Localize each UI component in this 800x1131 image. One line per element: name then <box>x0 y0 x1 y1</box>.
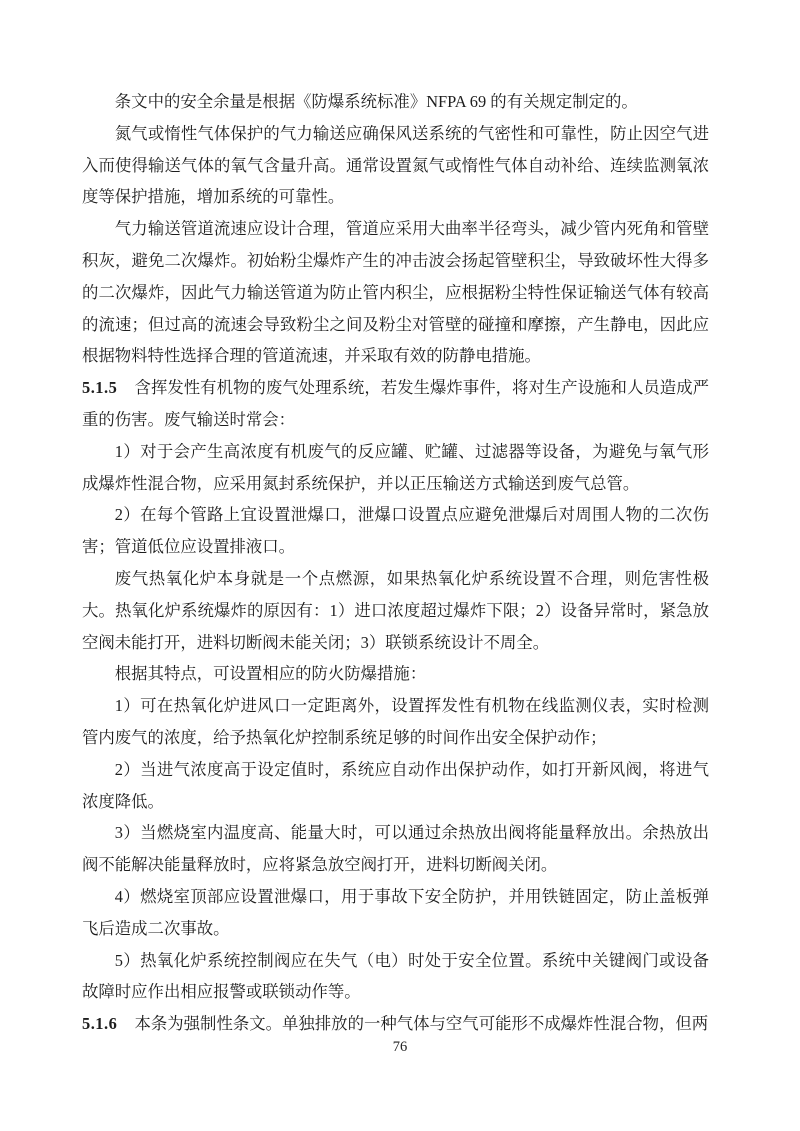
document-paragraph: 根据其特点，可设置相应的防火防爆措施： <box>82 658 709 690</box>
clause-paragraph-5-1-5: 5.1.5含挥发性有机物的废气处理系统，若发生爆炸事件，将对生产设施和人员造成严… <box>82 372 709 436</box>
document-paragraph: 废气热氧化炉本身就是一个点燃源，如果热氧化炉系统设置不合理，则危害性极大。热氧化… <box>82 563 709 658</box>
document-paragraph: 1）对于会产生高浓度有机废气的反应罐、贮罐、过滤器等设备，为避免与氧气形成爆炸性… <box>82 436 709 500</box>
document-page: 条文中的安全余量是根据《防爆系统标准》NFPA 69 的有关规定制定的。 氮气或… <box>0 0 800 1131</box>
document-paragraph: 3）当燃烧室内温度高、能量大时，可以通过余热放出阀将能量释放出。余热放出阀不能解… <box>82 817 709 881</box>
document-body: 条文中的安全余量是根据《防爆系统标准》NFPA 69 的有关规定制定的。 氮气或… <box>82 86 709 1040</box>
clause-number: 5.1.6 <box>82 1014 135 1033</box>
clause-paragraph-5-1-6: 5.1.6本条为强制性条文。单独排放的一种气体与空气可能形不成爆炸性混合物，但两 <box>82 1008 709 1040</box>
clause-text: 含挥发性有机物的废气处理系统，若发生爆炸事件，将对生产设施和人员造成严重的伤害。… <box>82 378 709 429</box>
document-paragraph: 条文中的安全余量是根据《防爆系统标准》NFPA 69 的有关规定制定的。 <box>82 86 709 118</box>
document-paragraph: 1）可在热氧化炉进风口一定距离外，设置挥发性有机物在线监测仪表，实时检测管内废气… <box>82 690 709 754</box>
document-paragraph: 2）当进气浓度高于设定值时，系统应自动作出保护动作，如打开新风阀，将进气浓度降低… <box>82 754 709 818</box>
document-paragraph: 氮气或惰性气体保护的气力输送应确保风送系统的气密性和可靠性，防止因空气进入而使得… <box>82 118 709 213</box>
document-paragraph: 气力输送管道流速应设计合理，管道应采用大曲率半径弯头，减少管内死角和管壁积灰，避… <box>82 213 709 372</box>
document-paragraph: 4）燃烧室顶部应设置泄爆口，用于事故下安全防护，并用铁链固定，防止盖板弹飞后造成… <box>82 881 709 945</box>
document-paragraph: 2）在每个管路上宜设置泄爆口，泄爆口设置点应避免泄爆后对周围人物的二次伤害；管道… <box>82 499 709 563</box>
clause-number: 5.1.5 <box>82 378 135 397</box>
page-number: 76 <box>0 1039 800 1056</box>
document-paragraph: 5）热氧化炉系统控制阀应在失气（电）时处于安全位置。系统中关键阀门或设备故障时应… <box>82 945 709 1009</box>
clause-text: 本条为强制性条文。单独排放的一种气体与空气可能形不成爆炸性混合物，但两 <box>135 1014 709 1033</box>
